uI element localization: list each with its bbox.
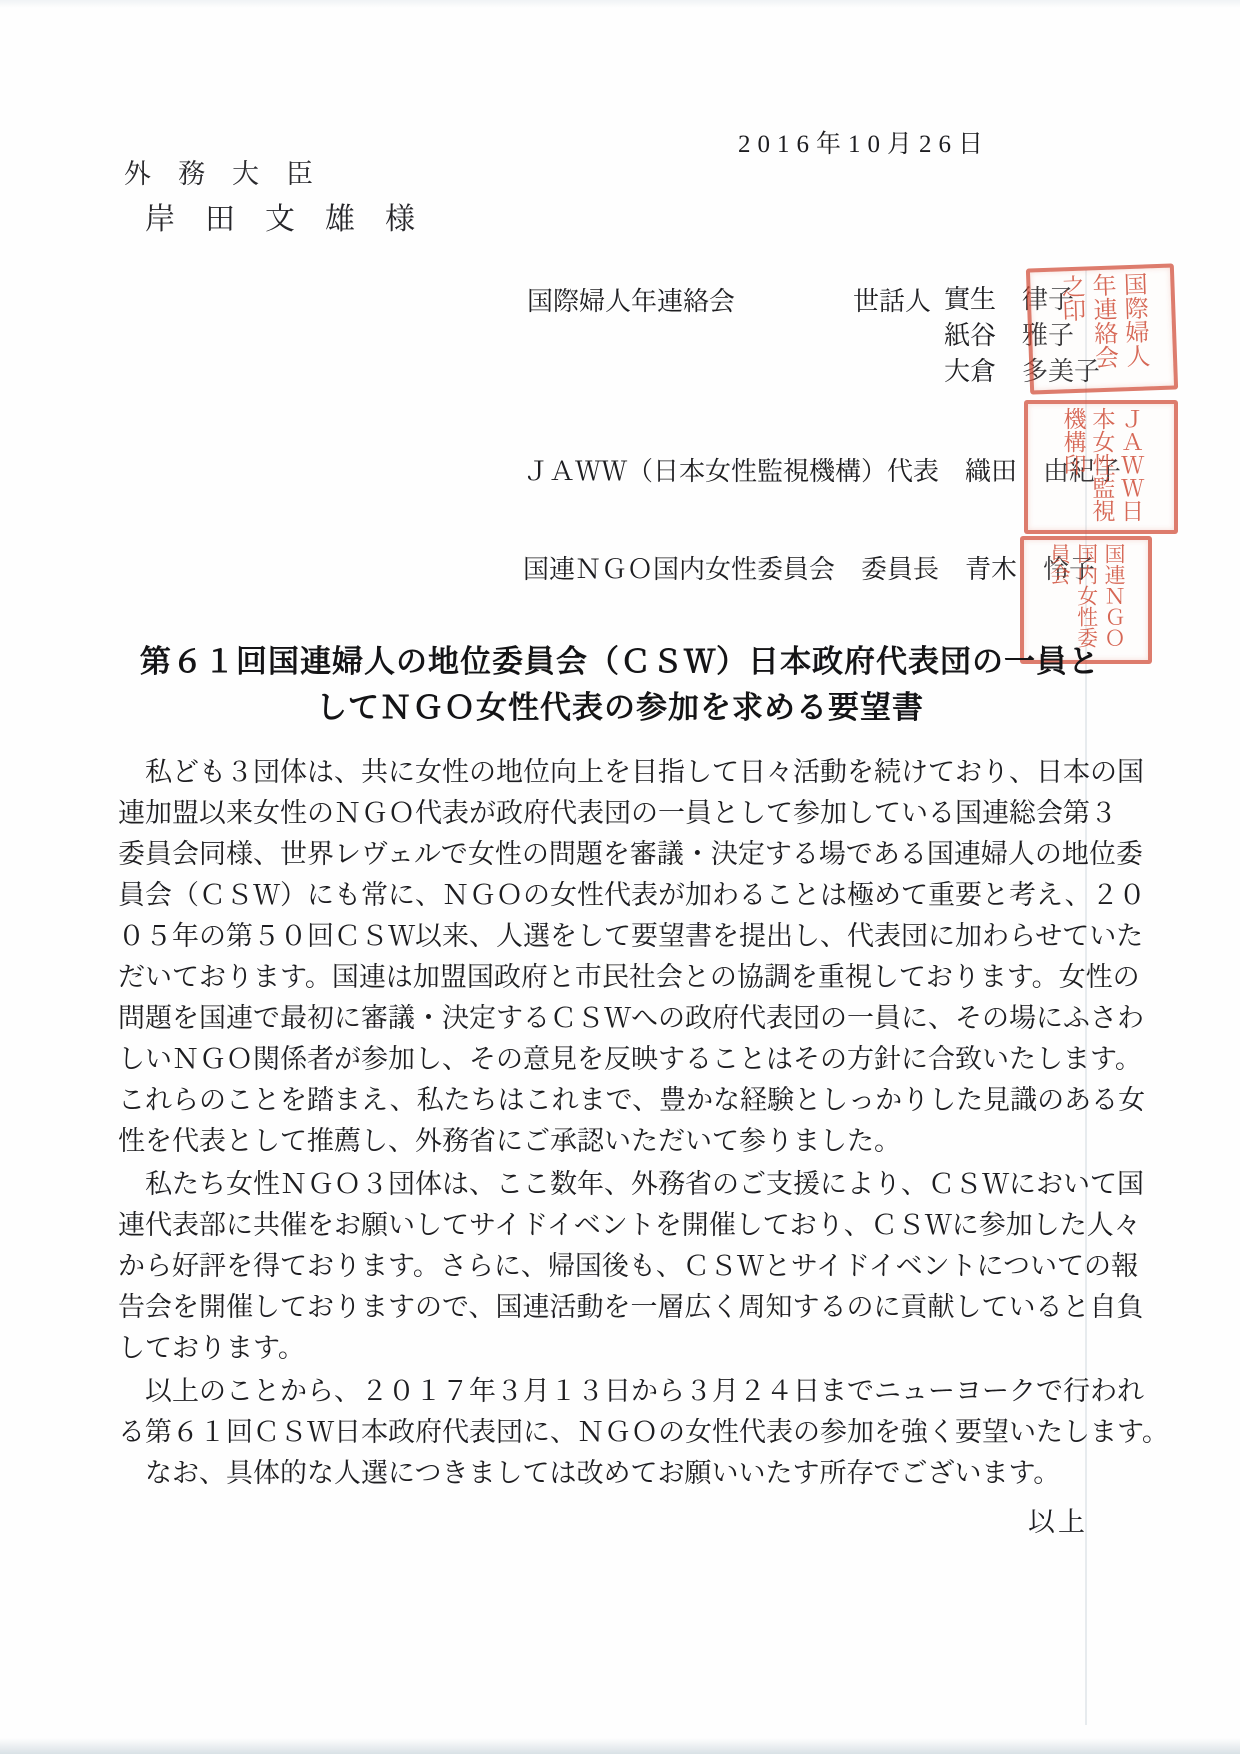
paragraph-line: 員会（ＣＳＷ）にも常に、ＮＧＯの女性代表が加わることは極めて重要と考え、２０ — [118, 875, 1142, 916]
scanned-letter-page: 2016年10月26日 外 務 大 臣 岸 田 文 雄 様 国際婦人年連絡会 世… — [0, 0, 1240, 1754]
paragraph-1: 私ども３団体は、共に女性の地位向上を目指して日々活動を続けており、日本の国連加盟… — [118, 752, 1142, 1162]
paragraph-line: 連加盟以来女性のＮＧＯ代表が政府代表団の一員として参加している国連総会第３ — [118, 793, 1142, 834]
paragraph-line: から好評を得ております。さらに、帰国後も、ＣＳＷとサイドイベントについての報 — [118, 1246, 1142, 1287]
paragraph-line: これらのことを踏まえ、私たちはこれまで、豊かな経験としっかりした見識のある女 — [118, 1080, 1142, 1121]
scan-artifact-top-shade — [0, 0, 1240, 8]
paragraph-line: 私ども３団体は、共に女性の地位向上を目指して日々活動を続けており、日本の国 — [118, 752, 1142, 793]
sender-org3-line: 国連ＮＧＯ国内女性委員会 委員長 青木 怜子 — [523, 549, 1095, 586]
paragraph-3: 以上のことから、２０１７年３月１３日から３月２４日までニューヨークで行われる第６… — [118, 1371, 1142, 1494]
paragraph-line: しいＮＧＯ関係者が参加し、その意見を反映することはその方針に合致いたします。 — [118, 1039, 1142, 1080]
paragraph-line: 以上のことから、２０１７年３月１３日から３月２４日までニューヨークで行われ — [118, 1371, 1142, 1412]
sender-org1-name: 国際婦人年連絡会 — [527, 281, 735, 318]
paragraph-2: 私たち女性ＮＧＯ３団体は、ここ数年、外務省のご支援により、ＣＳＷにおいて国連代表… — [118, 1164, 1142, 1369]
recipient-title: 外 務 大 臣 — [124, 152, 313, 191]
sender-org1-role: 世話人 — [853, 281, 931, 318]
paragraph-line: 私たち女性ＮＧＯ３団体は、ここ数年、外務省のご支援により、ＣＳＷにおいて国 — [118, 1164, 1142, 1205]
paragraph-line: なお、具体的な人選につきましては改めてお願いいたす所存でございます。 — [118, 1453, 1142, 1494]
paragraph-line: しております。 — [118, 1328, 1142, 1369]
paragraph-line: 告会を開催しておりますので、国連活動を一層広く周知するのに貢献していると自負 — [118, 1287, 1142, 1328]
scan-artifact-bottom-band — [0, 1738, 1240, 1754]
paragraph-line: 連代表部に共催をお願いしてサイドイベントを開催しており、ＣＳＷに参加した人々 — [118, 1205, 1142, 1246]
paragraph-line: ０５年の第５０回ＣＳＷ以来、人選をして要望書を提出し、代表団に加わらせていた — [118, 916, 1142, 957]
red-seal-jaww: ＪＡＷＷ日本女性監視機構印 — [1024, 400, 1178, 534]
paragraph-line: 委員会同様、世界レヴェルで女性の問題を審議・決定する場である国連婦人の地位委 — [118, 834, 1142, 875]
red-seal-kokusai-fujinnen-renrakukai: 国際婦人年連絡会之印 — [1026, 263, 1178, 394]
paragraph-line: 性を代表として推薦し、外務省にご承認いただいて参りました。 — [118, 1121, 1142, 1162]
paragraph-line: る第６１回ＣＳＷ日本政府代表団に、ＮＧＯの女性代表の参加を強く要望いたします。 — [118, 1412, 1142, 1453]
document-title-line-1: 第６１回国連婦人の地位委員会（ＣＳＷ）日本政府代表団の一員と — [0, 636, 1240, 681]
paragraph-line: だいております。国連は加盟国政府と市民社会との協調を重視しております。女性の — [118, 957, 1142, 998]
recipient-name: 岸 田 文 雄 様 — [145, 194, 415, 238]
closing-ijou: 以上 — [1028, 1500, 1088, 1539]
document-title-line-2: してＮＧＯ女性代表の参加を求める要望書 — [0, 682, 1240, 727]
paragraph-line: 問題を国連で最初に審議・決定するＣＳＷへの政府代表団の一員に、その場にふさわ — [118, 998, 1142, 1039]
